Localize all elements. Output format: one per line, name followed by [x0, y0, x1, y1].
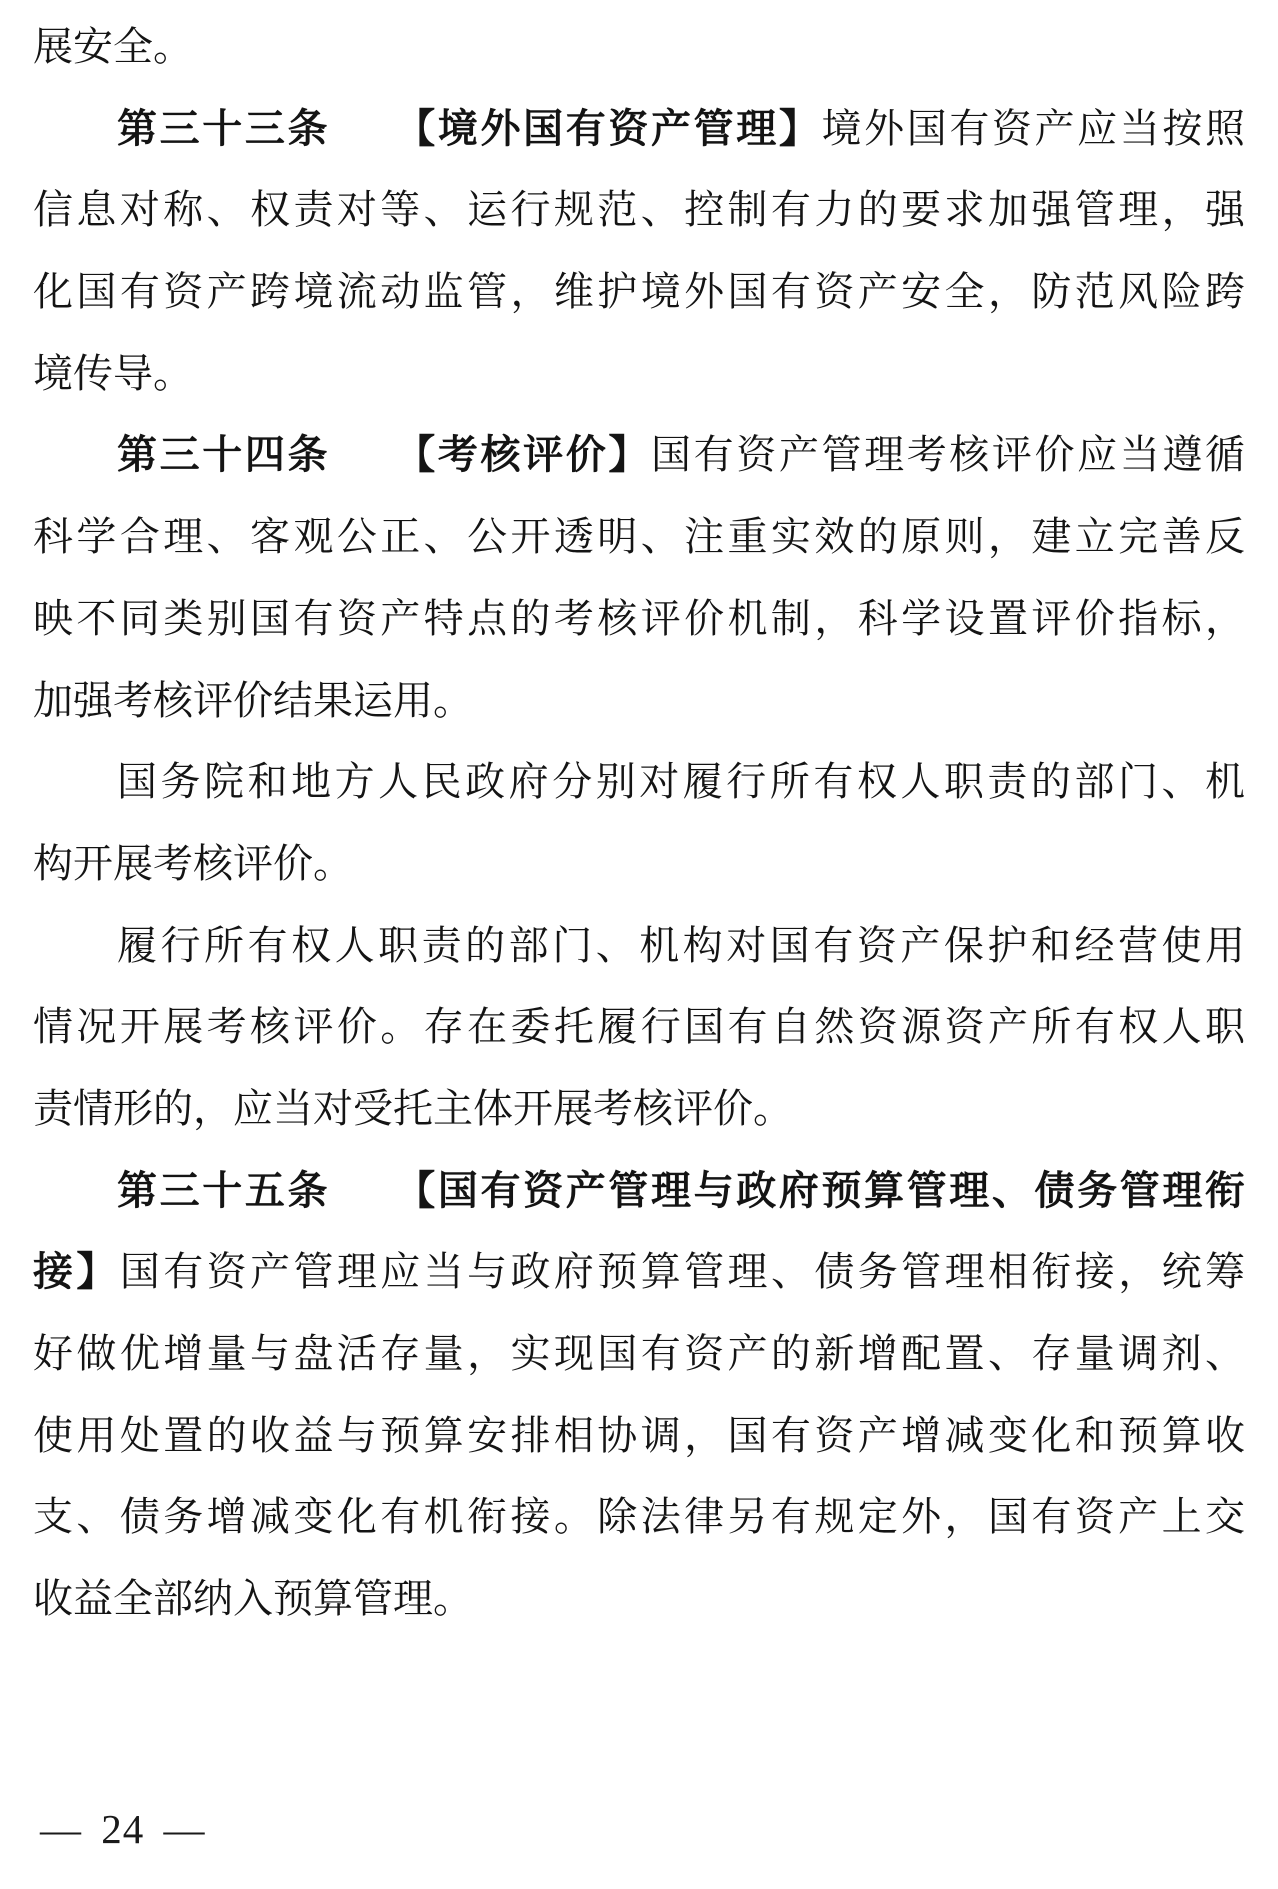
text-line: 履行所有权人职责的部门、机构对国有资产保护和经营使用	[33, 905, 1245, 987]
text-line: 好做优增量与盘活存量，实现国有资产的新增配置、存量调剂、	[33, 1313, 1245, 1395]
text-segment: 信息对称、权责对等、运行规范、控制有力的要求加强管理，强	[33, 187, 1245, 232]
text-segment: 境外国有资产应当按照	[821, 106, 1245, 151]
text-segment: 支、债务增减变化有机衔接。除法律另有规定外，国有资产上交	[33, 1494, 1245, 1539]
text-segment: 履行所有权人职责的部门、机构对国有资产保护和经营使用	[117, 923, 1245, 968]
text-segment: 好做优增量与盘活存量，实现国有资产的新增配置、存量调剂、	[33, 1331, 1245, 1376]
text-line: 科学合理、客观公正、公开透明、注重实效的原则，建立完善反	[33, 496, 1245, 578]
text-line: 国务院和地方人民政府分别对履行所有权人职责的部门、机	[33, 741, 1245, 823]
text-segment: 映不同类别国有资产特点的考核评价机制，科学设置评价指标，	[33, 596, 1245, 641]
text-line: 使用处置的收益与预算安排相协调，国有资产增减变化和预算收	[33, 1395, 1245, 1477]
text-line: 责情形的，应当对受托主体开展考核评价。	[33, 1068, 1245, 1150]
text-line: 第三十三条 【境外国有资产管理】境外国有资产应当按照	[33, 88, 1245, 170]
text-line: 支、债务增减变化有机衔接。除法律另有规定外，国有资产上交	[33, 1476, 1245, 1558]
article-heading-segment: 接】	[33, 1250, 120, 1294]
text-line: 境传导。	[33, 333, 1245, 415]
text-segment: 境传导。	[33, 351, 193, 396]
text-segment: 构开展考核评价。	[33, 841, 353, 886]
text-segment: 化国有资产跨境流动监管，维护境外国有资产安全，防范风险跨	[33, 269, 1245, 314]
text-line: 第三十五条 【国有资产管理与政府预算管理、债务管理衔	[33, 1150, 1245, 1232]
text-line: 加强考核评价结果运用。	[33, 660, 1245, 742]
text-segment: 加强考核评价结果运用。	[33, 678, 473, 723]
text-line: 情况开展考核评价。存在委托履行国有自然资源资产所有权人职	[33, 986, 1245, 1068]
article-heading-segment: 第三十三条 【境外国有资产管理】	[117, 107, 821, 151]
page-number: — 24 —	[40, 1804, 206, 1854]
text-line: 化国有资产跨境流动监管，维护境外国有资产安全，防范风险跨	[33, 251, 1245, 333]
text-line: 接】国有资产管理应当与政府预算管理、债务管理相衔接，统筹	[33, 1231, 1245, 1313]
article-heading-segment: 第三十四条 【考核评价】	[117, 433, 651, 477]
text-segment: 使用处置的收益与预算安排相协调，国有资产增减变化和预算收	[33, 1413, 1245, 1458]
text-segment: 科学合理、客观公正、公开透明、注重实效的原则，建立完善反	[33, 514, 1245, 559]
text-line: 展安全。	[33, 6, 1245, 88]
text-segment: 展安全。	[33, 24, 193, 69]
text-line: 信息对称、权责对等、运行规范、控制有力的要求加强管理，强	[33, 169, 1245, 251]
text-line: 映不同类别国有资产特点的考核评价机制，科学设置评价指标，	[33, 578, 1245, 660]
document-page: 展安全。第三十三条 【境外国有资产管理】境外国有资产应当按照信息对称、权责对等、…	[0, 0, 1278, 1889]
text-segment: 责情形的，应当对受托主体开展考核评价。	[33, 1086, 793, 1131]
text-segment: 国务院和地方人民政府分别对履行所有权人职责的部门、机	[117, 759, 1245, 804]
text-line: 第三十四条 【考核评价】国有资产管理考核评价应当遵循	[33, 414, 1245, 496]
text-segment: 情况开展考核评价。存在委托履行国有自然资源资产所有权人职	[33, 1004, 1245, 1049]
text-segment: 国有资产管理应当与政府预算管理、债务管理相衔接，统筹	[120, 1249, 1245, 1294]
text-segment: 收益全部纳入预算管理。	[33, 1576, 473, 1621]
text-line: 收益全部纳入预算管理。	[33, 1558, 1245, 1640]
article-heading-segment: 第三十五条 【国有资产管理与政府预算管理、债务管理衔	[117, 1169, 1245, 1213]
text-segment: 国有资产管理考核评价应当遵循	[651, 432, 1245, 477]
document-body: 展安全。第三十三条 【境外国有资产管理】境外国有资产应当按照信息对称、权责对等、…	[33, 6, 1245, 1640]
text-line: 构开展考核评价。	[33, 823, 1245, 905]
